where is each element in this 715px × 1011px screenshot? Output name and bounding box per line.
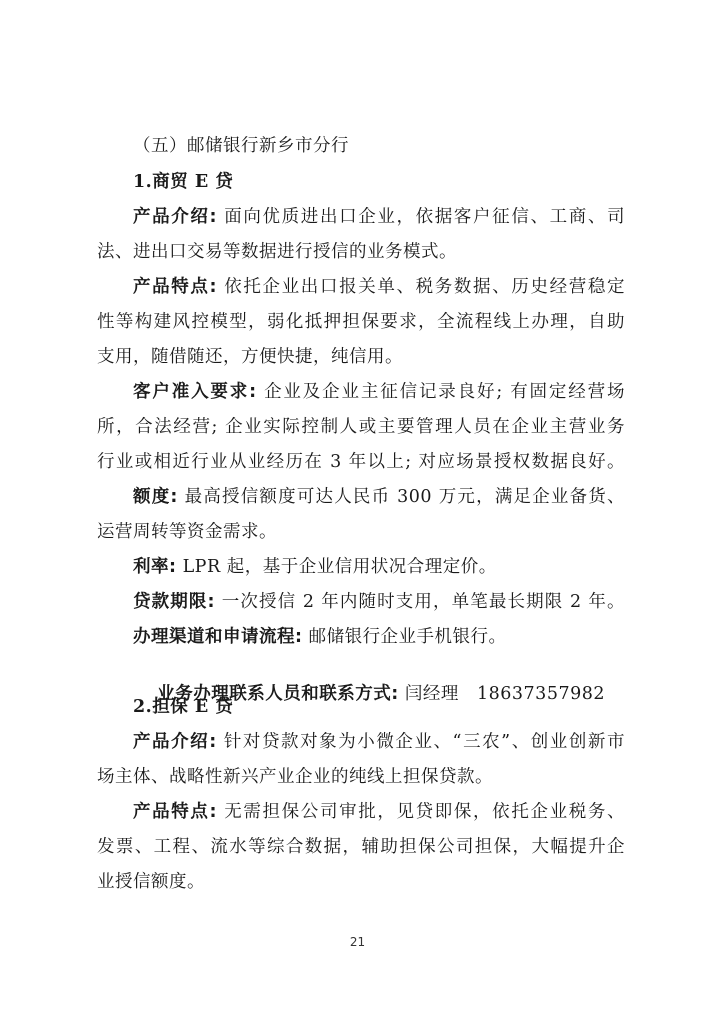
intro-text: 场主体、战略性新兴产业企业的纯线上担保贷款。 bbox=[97, 767, 493, 787]
rate-text: LPR 起，基于企业信用状况合理定价。 bbox=[177, 557, 497, 577]
requirement-text: 所，合法经营; 企业实际控制人或主要管理人员在企业主营业务 bbox=[97, 417, 625, 437]
limit-text: 运营周转等资金需求。 bbox=[97, 522, 277, 542]
limit-label: 额度: bbox=[133, 487, 178, 507]
term-label: 贷款期限: bbox=[133, 592, 215, 612]
page-number: 21 bbox=[0, 935, 715, 949]
feature-text: 无需担保公司审批，见贷即保，依托企业税务、 bbox=[217, 802, 625, 822]
feature-text: 依托企业出口报关单、税务数据、历史经营稳定 bbox=[217, 277, 625, 297]
feature-text: 发票、工程、流水等综合数据，辅助担保公司担保，大幅提升企 bbox=[97, 837, 625, 857]
product-1-term: 贷款期限: 一次授信 2 年内随时支用，单笔最长期限 2 年。 bbox=[133, 591, 625, 613]
product-1-limit-line-1: 额度: 最高授信额度可达人民币 300 万元，满足企业备货、 bbox=[133, 486, 625, 508]
section-title: （五）邮储银行新乡市分行 bbox=[133, 135, 625, 157]
rate-label: 利率: bbox=[133, 557, 177, 577]
document-page: （五）邮储银行新乡市分行 1.商贸 E 贷 产品介绍: 面向优质进出口企业，依据… bbox=[0, 0, 715, 1011]
feature-label: 产品特点: bbox=[133, 277, 217, 297]
intro-text: 法、进出口交易等数据进行授信的业务模式。 bbox=[97, 242, 457, 262]
product-1-requirement-line-3: 行业或相近行业从业经历在 3 年以上; 对应场景授权数据良好。 bbox=[97, 451, 625, 473]
product-1-rate: 利率: LPR 起，基于企业信用状况合理定价。 bbox=[133, 556, 625, 578]
feature-text: 支用，随借随还，方便快捷，纯信用。 bbox=[97, 347, 403, 367]
product-1-feature-line-1: 产品特点: 依托企业出口报关单、税务数据、历史经营稳定 bbox=[133, 276, 625, 298]
product-1-requirement-line-2: 所，合法经营; 企业实际控制人或主要管理人员在企业主营业务 bbox=[97, 416, 625, 438]
product-1-limit-line-2: 运营周转等资金需求。 bbox=[97, 521, 625, 543]
limit-text: 最高授信额度可达人民币 300 万元，满足企业备货、 bbox=[178, 487, 625, 507]
term-text: 一次授信 2 年内随时支用，单笔最长期限 2 年。 bbox=[215, 592, 625, 612]
product-2-title: 2.担保 E 贷 bbox=[133, 696, 625, 718]
intro-label: 产品介绍: bbox=[133, 732, 217, 752]
product-2-intro-line-2: 场主体、战略性新兴产业企业的纯线上担保贷款。 bbox=[97, 766, 625, 788]
requirement-label: 客户准入要求: bbox=[133, 382, 257, 402]
feature-text: 业授信额度。 bbox=[97, 872, 205, 892]
section-title-text: （五）邮储银行新乡市分行 bbox=[133, 136, 349, 156]
intro-text: 针对贷款对象为小微企业、“三农”、创业创新市 bbox=[217, 732, 625, 752]
product-1-feature-line-2: 性等构建风控模型，弱化抵押担保要求，全流程线上办理，自助 bbox=[97, 311, 625, 333]
product-1-requirement-line-1: 客户准入要求: 企业及企业主征信记录良好; 有固定经营场 bbox=[133, 381, 625, 403]
requirement-text: 企业及企业主征信记录良好; 有固定经营场 bbox=[257, 382, 625, 402]
product-1-intro-line-1: 产品介绍: 面向优质进出口企业，依据客户征信、工商、司 bbox=[133, 206, 625, 228]
product-1-title: 1.商贸 E 贷 bbox=[133, 171, 625, 193]
feature-text: 性等构建风控模型，弱化抵押担保要求，全流程线上办理，自助 bbox=[97, 312, 625, 332]
product-1-intro-line-2: 法、进出口交易等数据进行授信的业务模式。 bbox=[97, 241, 625, 263]
requirement-text: 行业或相近行业从业经历在 3 年以上; 对应场景授权数据良好。 bbox=[97, 452, 625, 472]
channel-text: 邮储银行企业手机银行。 bbox=[303, 627, 507, 647]
product-2-feature-line-3: 业授信额度。 bbox=[97, 871, 625, 893]
product-2-title-text: 2.担保 E 贷 bbox=[133, 697, 233, 717]
product-1-title-text: 1.商贸 E 贷 bbox=[133, 172, 233, 192]
product-1-feature-line-3: 支用，随借随还，方便快捷，纯信用。 bbox=[97, 346, 625, 368]
product-2-feature-line-2: 发票、工程、流水等综合数据，辅助担保公司担保，大幅提升企 bbox=[97, 836, 625, 858]
product-1-channel: 办理渠道和申请流程: 邮储银行企业手机银行。 bbox=[133, 626, 625, 648]
intro-label: 产品介绍: bbox=[133, 207, 217, 227]
channel-label: 办理渠道和申请流程: bbox=[133, 627, 303, 647]
intro-text: 面向优质进出口企业，依据客户征信、工商、司 bbox=[217, 207, 625, 227]
feature-label: 产品特点: bbox=[133, 802, 217, 822]
product-2-intro-line-1: 产品介绍: 针对贷款对象为小微企业、“三农”、创业创新市 bbox=[133, 731, 625, 753]
product-2-feature-line-1: 产品特点: 无需担保公司审批，见贷即保，依托企业税务、 bbox=[133, 801, 625, 823]
